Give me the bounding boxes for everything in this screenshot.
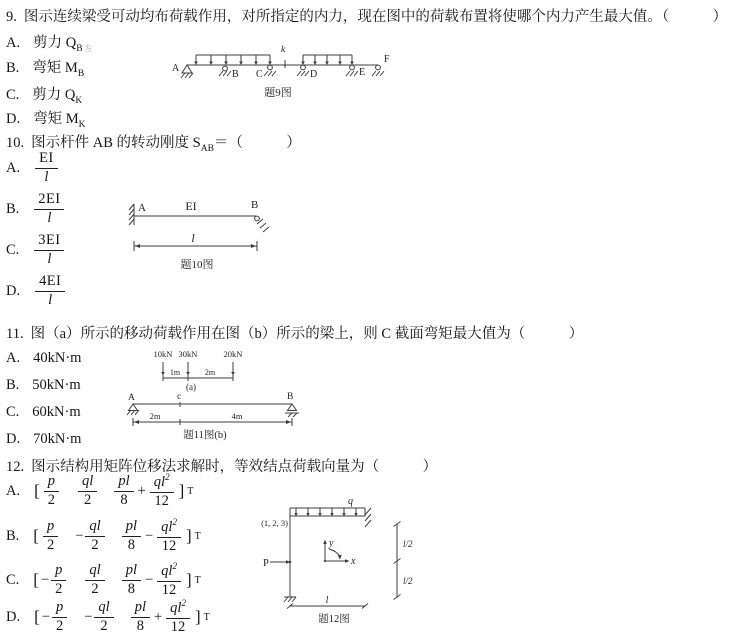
fraction-numerator: ql — [85, 519, 104, 536]
option-subscript: B — [78, 69, 84, 79]
height-dimension-line — [394, 522, 401, 600]
dim-l2-bottom-label: l/2 — [403, 576, 413, 586]
q12-option-b: B. [ p2 −ql2 pl8−ql212 ]T — [6, 518, 201, 555]
q12-option-c: C. [ −p2 ql2 pl8−ql212 ]T — [6, 562, 201, 599]
option-letter: B. — [6, 377, 19, 394]
distributed-load-right — [301, 55, 354, 65]
option-letter: B. — [6, 60, 19, 77]
fraction-denominator: 8 — [122, 580, 141, 598]
option-subscript: K — [79, 120, 86, 130]
vector-term-2: −ql2 — [84, 600, 113, 635]
option-letter: A. — [6, 35, 20, 52]
fraction-numerator: 2EI — [34, 192, 64, 209]
question-subscript: AB — [201, 144, 214, 154]
y-axis-label: y — [328, 538, 334, 549]
q11-option-a: A.40kN·m — [6, 350, 81, 367]
fraction-denominator: 12 — [157, 537, 181, 555]
coordinate-axes — [323, 540, 349, 563]
exam-page: { "q9": { "number": "9.", "text": "图示连续梁… — [0, 0, 739, 640]
vector-term-2: ql2 — [83, 563, 104, 598]
numerator-base: ql — [170, 600, 181, 616]
term-sign: − — [42, 609, 50, 626]
load-30kn-label: 30kN — [179, 349, 198, 359]
q11-moving-load-diagram: 10kN 30kN 20kN 1m 2m (a) A c B 2m 4m 题11… — [125, 347, 305, 443]
vector-term-3: pl8+ql212 — [131, 599, 190, 636]
fraction-numerator: ql — [78, 474, 97, 491]
fraction-numerator: ql — [85, 563, 104, 580]
fraction-denominator: 12 — [150, 492, 174, 510]
option-text: 40kN·m — [33, 350, 81, 366]
option-letter: A. — [6, 483, 20, 500]
fraction-numerator: ql — [94, 600, 113, 617]
fraction-denominator: 2 — [51, 580, 66, 598]
fraction: pl8 — [122, 519, 141, 554]
vector-term-1: −p2 — [42, 600, 67, 635]
transpose-superscript: T — [195, 531, 201, 542]
vector-term-1: p2 — [42, 474, 59, 509]
fraction: pl8 — [131, 600, 150, 635]
beam-line — [133, 402, 292, 407]
option-letter: B. — [6, 201, 19, 218]
fraction-numerator: p — [52, 600, 67, 617]
fraction: 4EIl — [35, 274, 65, 309]
fraction-denominator: 2 — [85, 536, 104, 554]
question-text: 图（a）所示的移动荷载作用在图（b）所示的梁上，则 C 截面弯矩最大值为（ ） — [31, 326, 584, 342]
close-bracket: ] — [177, 481, 187, 501]
section-c-label: c — [177, 392, 181, 402]
figure-caption: 题12图 — [318, 613, 350, 625]
operator-sign: + — [154, 609, 162, 626]
fixed-support-right — [365, 508, 371, 527]
numerator-exponent: 2 — [165, 472, 170, 482]
question-number: 10. — [6, 135, 24, 151]
option-subscript: K — [75, 96, 82, 106]
question-text: 图示连续梁受可动均布荷载作用，对所指定的内力，现在图中的荷载布置将使哪个内力产生… — [24, 9, 727, 25]
q11-option-d: D.70kN·m — [6, 431, 81, 448]
figure-caption: 题9图 — [264, 85, 292, 99]
dim-l2-top-label: l/2 — [403, 539, 413, 549]
span-4m-label: 4m — [232, 411, 243, 421]
node-a-label: A — [138, 202, 146, 214]
option-letter: A. — [6, 160, 20, 177]
fraction-denominator: 8 — [114, 491, 133, 509]
hinge-roller-support-d — [297, 65, 309, 76]
numerator-base: ql — [154, 474, 165, 490]
subfigure-a-label: (a) — [186, 382, 196, 392]
fraction-numerator: 4EI — [35, 274, 65, 291]
load-q-label: q — [348, 496, 353, 507]
q12-option-a: A. [ p2 ql2 pl8+ql212 ]T — [6, 473, 193, 510]
load-20kn-label: 20kN — [224, 349, 243, 359]
option-text: 60kN·m — [32, 404, 80, 420]
numerator-exponent: 2 — [181, 598, 186, 608]
operator-sign: − — [145, 528, 153, 545]
term-sign: − — [84, 609, 92, 626]
option-letter: D. — [6, 431, 20, 448]
q9-option-d: D.弯矩 MK — [6, 107, 86, 130]
point-k-label: k — [281, 45, 286, 55]
pin-support-a — [181, 65, 193, 78]
fraction: ql212 — [157, 562, 181, 599]
roller-support-b — [285, 404, 299, 417]
open-bracket: [ — [31, 570, 41, 590]
fraction: ql2 — [94, 600, 113, 635]
open-bracket: [ — [32, 607, 42, 627]
node-a-label: A — [128, 393, 135, 403]
question-number: 9. — [6, 9, 17, 25]
question-11-header: 11.图（a）所示的移动荷载作用在图（b）所示的梁上，则 C 截面弯矩最大值为（… — [6, 322, 583, 343]
hinged-roller-support-b — [255, 216, 269, 232]
fraction-denominator: 2 — [43, 536, 58, 554]
fraction: p2 — [44, 474, 59, 509]
q10-option-b: B.2EIl — [6, 192, 64, 227]
numerator-base: ql — [161, 563, 172, 579]
fraction: ql212 — [150, 473, 174, 510]
hinge-roller-support-f — [372, 65, 384, 76]
fraction: ql2 — [78, 474, 97, 509]
fraction-denominator: 12 — [157, 581, 181, 599]
fraction: ql212 — [157, 518, 181, 555]
x-axis-label: x — [350, 556, 356, 567]
vector-term-3: pl8−ql212 — [122, 518, 181, 555]
option-text: 70kN·m — [33, 431, 81, 447]
fraction-denominator: 12 — [166, 618, 190, 636]
fraction: pl8 — [122, 563, 141, 598]
fraction-numerator: p — [51, 563, 66, 580]
fraction-numerator: pl — [131, 600, 150, 617]
vector-term-2: −ql2 — [75, 519, 104, 554]
fixed-support-base — [284, 597, 296, 602]
hinge-roller-support-c — [264, 65, 276, 76]
load-10kn-label: 10kN — [154, 349, 173, 359]
distributed-load-q — [290, 508, 365, 517]
node-dof-label: (1, 2, 3) — [261, 518, 288, 528]
node-d-label: D — [310, 69, 317, 80]
fraction-numerator: p — [44, 474, 59, 491]
figure-caption: 题10图 — [181, 257, 214, 271]
node-b-label: B — [287, 392, 293, 402]
span-2m-label: 2m — [150, 411, 161, 421]
vector-term-3: pl8+ql212 — [114, 473, 173, 510]
transpose-superscript: T — [195, 575, 201, 586]
fraction-denominator: l — [34, 250, 64, 268]
fraction-denominator: l — [35, 168, 58, 186]
option-letter: A. — [6, 350, 20, 367]
vector-term-1: −p2 — [41, 563, 66, 598]
node-a-label: A — [172, 63, 180, 74]
vector-term-1: p2 — [41, 519, 58, 554]
q12-frame-diagram: q (1, 2, 3) P y x l/2 l/2 l 题12图 — [255, 494, 437, 640]
node-c-label: C — [256, 69, 263, 80]
option-text: 50kN·m — [32, 377, 80, 393]
option-text: 剪力 Q — [33, 35, 76, 51]
close-bracket: ] — [193, 607, 203, 627]
q10-bar-diagram: A EI B l 题10图 — [123, 192, 318, 280]
fraction: ql212 — [166, 599, 190, 636]
roller-support-b — [219, 66, 231, 76]
open-bracket: [ — [31, 526, 41, 546]
vector-term-2: ql2 — [76, 474, 97, 509]
distributed-load-left — [194, 55, 272, 65]
option-letter: C. — [6, 87, 19, 104]
option-letter: C. — [6, 572, 19, 589]
fraction-denominator: 2 — [78, 491, 97, 509]
q9-option-c: C.剪力 QK — [6, 83, 82, 106]
vector-term-3: pl8−ql212 — [122, 562, 181, 599]
node-b-label: B — [232, 69, 239, 80]
hinge-roller-support-e — [346, 65, 358, 76]
q11-option-c: C.60kN·m — [6, 404, 81, 421]
question-9-header: 9.图示连续梁受可动均布荷载作用，对所指定的内力，现在图中的荷载布置将使哪个内力… — [6, 5, 727, 26]
q9-beam-diagram: A B C D E F k 题9图 — [160, 40, 426, 100]
numerator-base: ql — [161, 519, 172, 535]
pin-support-a — [127, 404, 139, 415]
transpose-superscript: T — [204, 612, 210, 623]
fraction-denominator: 2 — [44, 491, 59, 509]
transpose-superscript: T — [187, 486, 193, 497]
spacing-1m-label: 1m — [170, 368, 181, 377]
option-text: 剪力 Q — [32, 87, 75, 103]
load-p-arrow — [270, 560, 291, 564]
fraction-numerator: pl — [122, 563, 141, 580]
load-p-label: P — [263, 558, 269, 569]
option-letter: C. — [6, 404, 19, 421]
figure-caption: 题11图(b) — [183, 429, 227, 441]
option-text: 弯矩 M — [32, 60, 78, 76]
option-letter: B. — [6, 528, 19, 545]
numerator-exponent: 2 — [172, 517, 177, 527]
option-letter: D. — [6, 609, 20, 626]
term-sign: − — [41, 572, 49, 589]
q9-option-b: B.弯矩 MB — [6, 56, 84, 79]
fraction-numerator: 3EI — [34, 233, 64, 250]
fraction-denominator: l — [35, 291, 65, 309]
dim-l-label: l — [326, 595, 329, 606]
fraction-numerator: EI — [35, 151, 58, 168]
fraction-denominator: 8 — [122, 536, 141, 554]
option-letter: D. — [6, 283, 20, 300]
close-bracket: ] — [184, 570, 194, 590]
fixed-support-a — [129, 204, 134, 225]
q9-option-a: A.剪力 QB左 — [6, 31, 93, 54]
fraction-numerator: pl — [114, 474, 133, 491]
fraction: 3EIl — [34, 233, 64, 268]
fraction: ql2 — [85, 563, 104, 598]
length-l-label: l — [191, 231, 195, 245]
option-subscript-note: 左 — [85, 44, 93, 53]
fraction-numerator: p — [43, 519, 58, 536]
fraction-denominator: 2 — [85, 580, 104, 598]
fraction: p2 — [43, 519, 58, 554]
numerator-exponent: 2 — [172, 561, 177, 571]
option-letter: C. — [6, 242, 19, 259]
fraction-denominator: 2 — [52, 617, 67, 635]
question-text: 图示杆件 AB 的转动刚度 S — [31, 135, 201, 151]
option-letter: D. — [6, 111, 20, 128]
node-b-label: B — [251, 199, 258, 211]
stiffness-ei-label: EI — [185, 199, 196, 213]
fraction-numerator: ql2 — [157, 562, 181, 581]
close-bracket: ] — [184, 526, 194, 546]
fraction-denominator: 2 — [94, 617, 113, 635]
option-subscript: B — [76, 44, 82, 54]
fraction-numerator: ql2 — [166, 599, 190, 618]
node-f-label: F — [384, 54, 390, 65]
question-text-tail: ＝（ ） — [214, 135, 301, 151]
fraction: p2 — [51, 563, 66, 598]
operator-sign: − — [145, 572, 153, 589]
fraction: ql2 — [85, 519, 104, 554]
fraction: EIl — [35, 151, 58, 186]
q10-option-a: A.EIl — [6, 151, 58, 186]
q11-option-b: B.50kN·m — [6, 377, 81, 394]
dimension-line — [134, 241, 257, 251]
fraction-numerator: ql2 — [150, 473, 174, 492]
fraction: p2 — [52, 600, 67, 635]
fraction-numerator: ql2 — [157, 518, 181, 537]
spacing-2m-label: 2m — [205, 368, 216, 377]
term-sign: − — [75, 528, 83, 545]
question-number: 11. — [6, 326, 24, 342]
operator-sign: + — [138, 483, 146, 500]
open-bracket: [ — [32, 481, 42, 501]
fraction-denominator: l — [34, 209, 64, 227]
option-text: 弯矩 M — [33, 111, 79, 127]
q10-option-d: D.4EIl — [6, 274, 65, 309]
fraction: 2EIl — [34, 192, 64, 227]
q10-option-c: C.3EIl — [6, 233, 64, 268]
fraction-numerator: pl — [122, 519, 141, 536]
fraction: pl8 — [114, 474, 133, 509]
node-e-label: E — [359, 67, 365, 78]
q12-option-d: D. [ −p2 −ql2 pl8+ql212 ]T — [6, 599, 210, 636]
fraction-denominator: 8 — [131, 617, 150, 635]
